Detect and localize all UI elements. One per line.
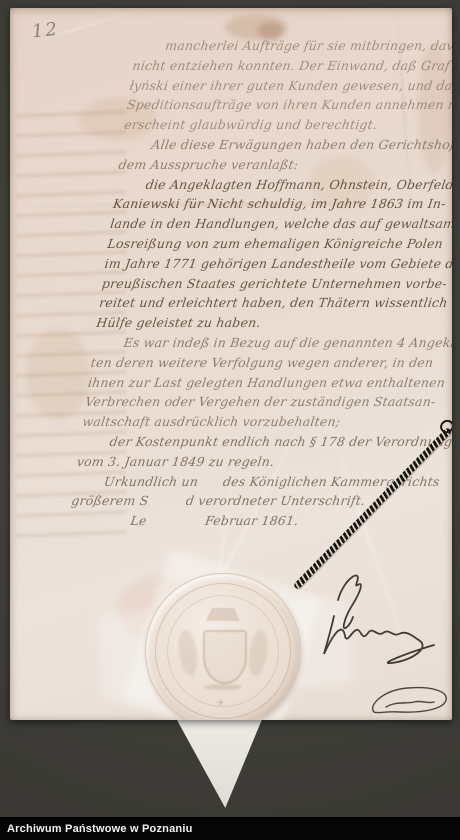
handwritten-line: preußischen Staates gerichtete Unternehm… bbox=[101, 274, 452, 294]
handwritten-line: der Kostenpunkt endlich nach § 178 der V… bbox=[78, 432, 429, 452]
embossed-seal-icon: ✳ bbox=[145, 573, 301, 720]
handwritten-line: mancherlei Aufträge für sie mitbringen, … bbox=[134, 36, 452, 56]
document-page: 12 mancherlei Aufträge für sie mitbringe… bbox=[10, 8, 452, 720]
handwritten-line: Losreißung von zum ehemaligen Königreich… bbox=[106, 234, 452, 254]
seal-star-icon: ✳ bbox=[217, 698, 225, 709]
handwritten-line: Hülfe geleistet zu haben. bbox=[95, 313, 446, 333]
archive-scan-viewport: 12 mancherlei Aufträge für sie mitbringe… bbox=[0, 0, 460, 840]
page-number: 12 bbox=[31, 19, 60, 43]
archive-caption-bar: Archiwum Państwowe w Poznaniu bbox=[0, 817, 460, 840]
handwritten-line: reitet und erleichtert haben, den Thäter… bbox=[98, 293, 449, 313]
seal-shield-icon bbox=[203, 630, 247, 684]
handwritten-line: nicht entziehen konnten. Der Einwand, da… bbox=[131, 56, 452, 76]
handwritten-line: dem Ausspruche veranlaßt: bbox=[117, 155, 452, 175]
handwritten-line: im Jahre 1771 gehörigen Landestheile vom… bbox=[103, 254, 452, 274]
seal-base-icon bbox=[204, 684, 242, 690]
handwritten-line: ten deren weitere Verfolgung wegen ander… bbox=[89, 353, 440, 373]
handwritten-line: Speditionsaufträge von ihren Kunden anne… bbox=[126, 95, 452, 115]
archive-name: Archiwum Państwowe w Poznaniu bbox=[0, 823, 193, 835]
handwritten-line: lande in den Handlungen, welche das auf … bbox=[109, 214, 452, 234]
handwritten-line: erscheint glaubwürdig und berechtigt. bbox=[123, 115, 452, 135]
handwritten-line: waltschaft ausdrücklich vorzubehalten; bbox=[81, 412, 432, 432]
countersignature-icon bbox=[366, 680, 452, 720]
handwritten-line: Urkundlich un des Königlichen Kammergeri… bbox=[73, 472, 424, 492]
signature-flourish-icon bbox=[292, 566, 442, 676]
handwritten-line: Alle diese Erwägungen haben den Gerichts… bbox=[120, 135, 452, 155]
handwritten-line: Kaniewski für Nicht schuldig, im Jahre 1… bbox=[112, 194, 452, 214]
handwritten-line: die Angeklagten Hoffmann, Ohnstein, Ober… bbox=[115, 175, 452, 195]
handwritten-line: ihnen zur Last gelegten Handlungen etwa … bbox=[87, 373, 438, 393]
handwritten-line: Verbrechen oder Vergehen der zuständigen… bbox=[84, 392, 435, 412]
seal-crown-icon bbox=[206, 606, 240, 621]
handwritten-line: łyński einer ihrer guten Kunden gewesen,… bbox=[128, 76, 452, 96]
handwritten-line: Es war indeß in Bezug auf die genannten … bbox=[92, 333, 443, 353]
handwritten-line: vom 3. Januar 1849 zu regeln. bbox=[76, 452, 427, 472]
